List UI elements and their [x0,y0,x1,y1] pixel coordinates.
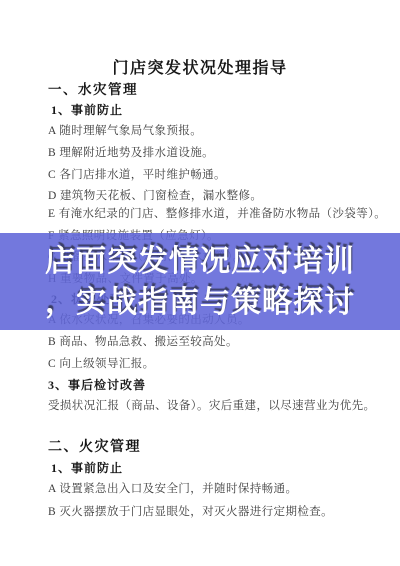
water-review-text: 受损状况汇报（商品、设备）。灾后重建，以尽速营业为优先。 [48,397,375,413]
water-prevention-item-e: E 有淹水纪录的门店、整修排水道，并准备防水物品（沙袋等）。 [48,205,386,221]
fire-prevention-item-b: B 灭火器摆放于门店显眼处，对灭火器进行定期检查。 [48,503,333,519]
water-prevention-item-a: A 随时理解气象局气象预报。 [48,122,202,138]
water-prevention-item-c: C 各门店排水道，平时维护畅通。 [48,166,226,182]
fire-prevention-heading: 1、事前防止 [51,459,123,476]
section-heading-water: 一、水灾管理 [48,78,138,98]
watermark-title-line2: ，实战指南与策略探讨 [45,282,355,323]
watermark-band: 店面突发情况应对培训 ，实战指南与策略探讨 [0,233,400,330]
watermark-title-line1: 店面突发情况应对培训 [45,241,355,282]
document-page: 门店突发状况处理指导 一、水灾管理 1、事前防止 A 随时理解气象局气象预报。 … [0,0,400,566]
water-prevention-item-d: D 建筑物天花板、门窗检查，漏水整修。 [48,187,262,203]
water-prevention-item-b: B 理解附近地势及排水道设施。 [48,144,214,160]
water-response-item-c: C 向上级领导汇报。 [48,355,155,371]
section-heading-fire: 二、火灾管理 [48,436,141,456]
water-prevention-heading: 1、事前防止 [51,101,123,118]
water-review-heading: 3、事后检讨改善 [48,376,146,393]
water-response-item-b: B 商品、物品急救、搬运至较高处。 [48,333,238,349]
document-title: 门店突发状况处理指导 [0,55,400,78]
fire-prevention-item-a: A 设置紧急出入口及安全门，并随时保持畅通。 [48,480,297,496]
